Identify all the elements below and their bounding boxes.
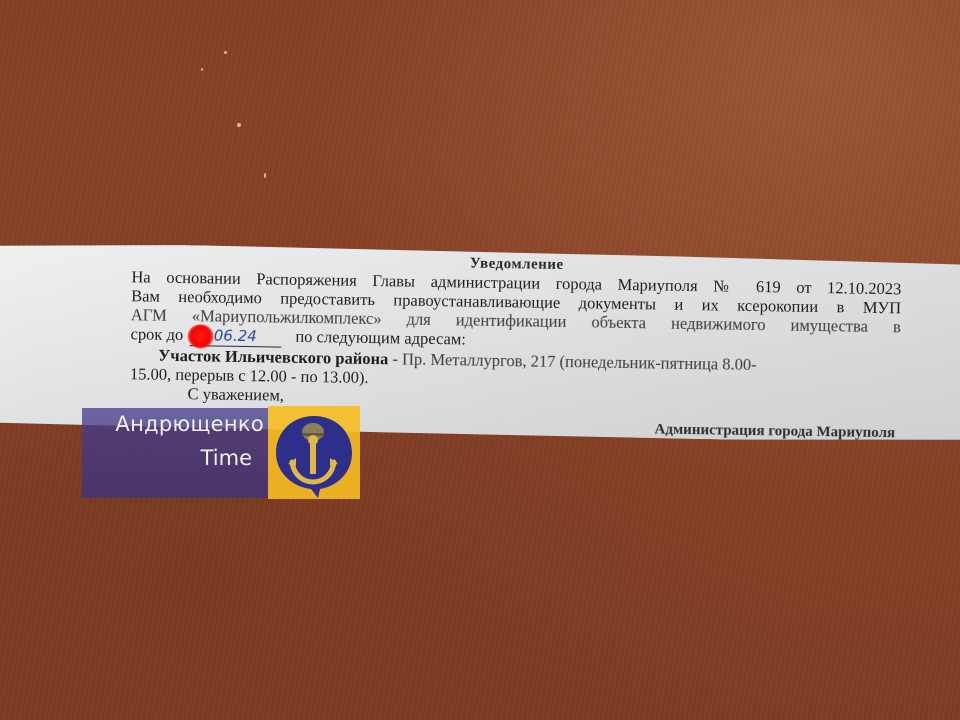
redaction-mark	[187, 324, 213, 348]
surface-speck	[264, 173, 266, 178]
surface-speck	[201, 68, 203, 71]
deadline-prefix: срок до	[130, 324, 183, 344]
watermark-panel: Андрющенко Time	[82, 408, 268, 498]
surface-speck	[224, 51, 227, 54]
surface-speck	[237, 123, 241, 127]
notice-body: Уведомление На основании Распоряжения Гл…	[130, 250, 902, 414]
deadline-field: 06.24	[189, 326, 281, 347]
watermark-title: Андрющенко	[82, 412, 264, 436]
signature: Администрация города Мариуполя	[654, 420, 895, 443]
anchor-helmet-icon	[268, 406, 360, 499]
watermark-logo	[268, 406, 360, 499]
watermark-subtitle: Time	[82, 446, 252, 470]
deadline-handwritten: 06.24	[214, 327, 257, 346]
deadline-suffix: по следующим адресам:	[295, 327, 466, 349]
